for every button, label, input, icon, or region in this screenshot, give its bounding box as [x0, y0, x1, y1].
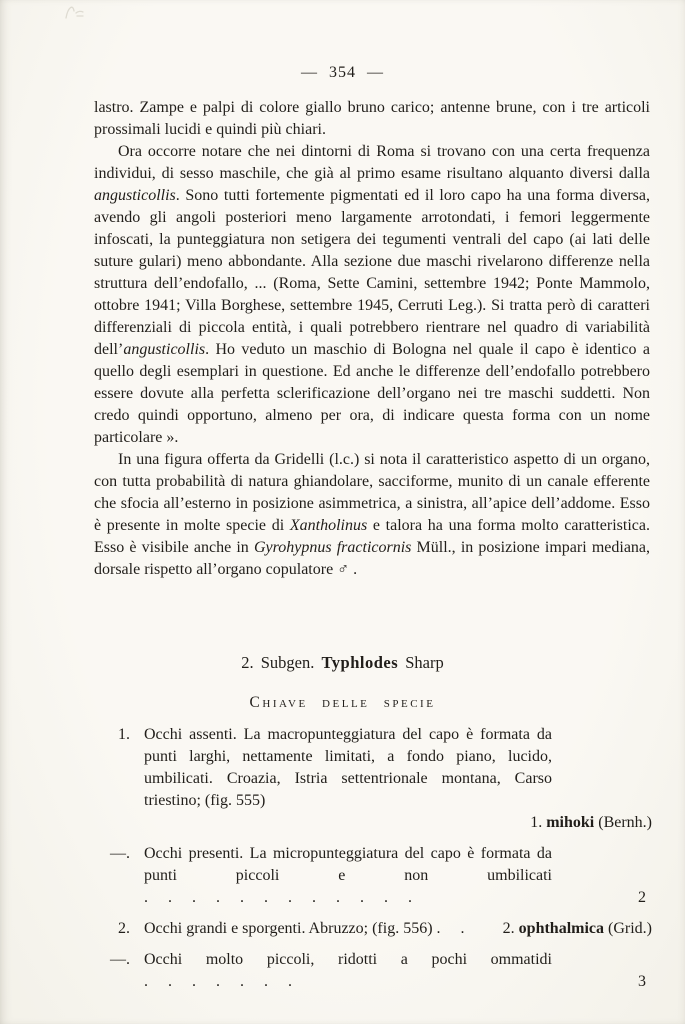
- main-text-block: lastro. Zampe e palpi di colore giallo b…: [94, 97, 650, 581]
- species-name-italic: angusticollis: [123, 341, 205, 358]
- key-item-marker: —.: [96, 949, 130, 971]
- key-item-text: Occhi grandi e sporgenti. Abruzzo; (fig.…: [144, 918, 552, 940]
- key-item-marker: 1.: [96, 724, 130, 746]
- key-item-marker: 2.: [96, 918, 130, 940]
- page-number: — 354 —: [0, 62, 685, 84]
- key-item: 1. Occhi assenti. La macropunteggiatura …: [96, 724, 652, 834]
- key-title: Chiave delle specie: [0, 692, 685, 714]
- key-item-marker: —.: [96, 843, 130, 865]
- genus-name-italic: Xantholinus: [290, 517, 367, 534]
- key-item-ref: 3: [638, 971, 646, 993]
- species-name-italic: Gyrohypnus fracticornis: [254, 539, 411, 556]
- paragraph-continuation: lastro. Zampe e palpi di colore giallo b…: [94, 97, 650, 141]
- key-item-text: Occhi presenti. La micropunteggiatura de…: [144, 843, 552, 909]
- result-number: 2.: [503, 920, 515, 937]
- paragraph-gridelli-figure: In una figura offerta da Gridelli (l.c.)…: [94, 449, 650, 581]
- key-item-text-run: Occhi presenti. La micropunteggiatura de…: [144, 845, 552, 884]
- result-number: 1.: [530, 814, 542, 831]
- dot-leader: . .: [437, 920, 466, 937]
- subgenus-name: Typhlodes: [321, 653, 398, 672]
- dot-leader: . . . . . . .: [144, 973, 293, 990]
- key-item: 2. Occhi grandi e sporgenti. Abruzzo; (f…: [96, 918, 652, 940]
- pencil-mark-icon: [60, 2, 94, 22]
- paragraph-text: . Sono tutti fortemente pigmentati ed il…: [94, 187, 650, 358]
- scanned-book-page: — 354 — lastro. Zampe e palpi di colore …: [0, 0, 685, 1024]
- dot-leader: . . . . . . . . . . . .: [144, 889, 413, 906]
- result-species-name: ophthalmica: [519, 920, 604, 937]
- key-item-ref: 2: [638, 887, 646, 909]
- species-key: 1. Occhi assenti. La macropunteggiatura …: [96, 724, 652, 1002]
- result-author: (Bernh.): [598, 814, 652, 831]
- key-item-text: Occhi molto piccoli, ridotti a pochi omm…: [144, 949, 552, 993]
- paragraph-text: lastro. Zampe e palpi di colore giallo b…: [94, 99, 650, 138]
- species-name-italic: angusticollis: [94, 187, 176, 204]
- result-species-name: mihoki: [546, 814, 594, 831]
- subgenus-heading: 2. Subgen. Typhlodes Sharp: [0, 652, 685, 674]
- result-author: (Grid.): [608, 920, 652, 937]
- key-item: —. Occhi presenti. La micropunteggiatura…: [96, 843, 652, 909]
- key-item-text-run: Occhi grandi e sporgenti. Abruzzo; (fig.…: [144, 920, 433, 937]
- heading-author: Sharp: [405, 653, 444, 672]
- key-item-text: Occhi assenti. La macropunteggiatura del…: [144, 724, 552, 812]
- key-item-text-run: Occhi molto piccoli, ridotti a pochi omm…: [144, 951, 552, 968]
- paragraph-text: Ora occorre notare che nei dintorni di R…: [94, 143, 650, 182]
- key-item-result: 2. ophthalmica (Grid.): [503, 918, 652, 940]
- key-item: —. Occhi molto piccoli, ridotti a pochi …: [96, 949, 652, 993]
- key-item-result: 1. mihoki (Bernh.): [96, 812, 652, 834]
- heading-prefix: 2. Subgen.: [241, 653, 314, 672]
- paragraph-roma-forms: Ora occorre notare che nei dintorni di R…: [94, 141, 650, 449]
